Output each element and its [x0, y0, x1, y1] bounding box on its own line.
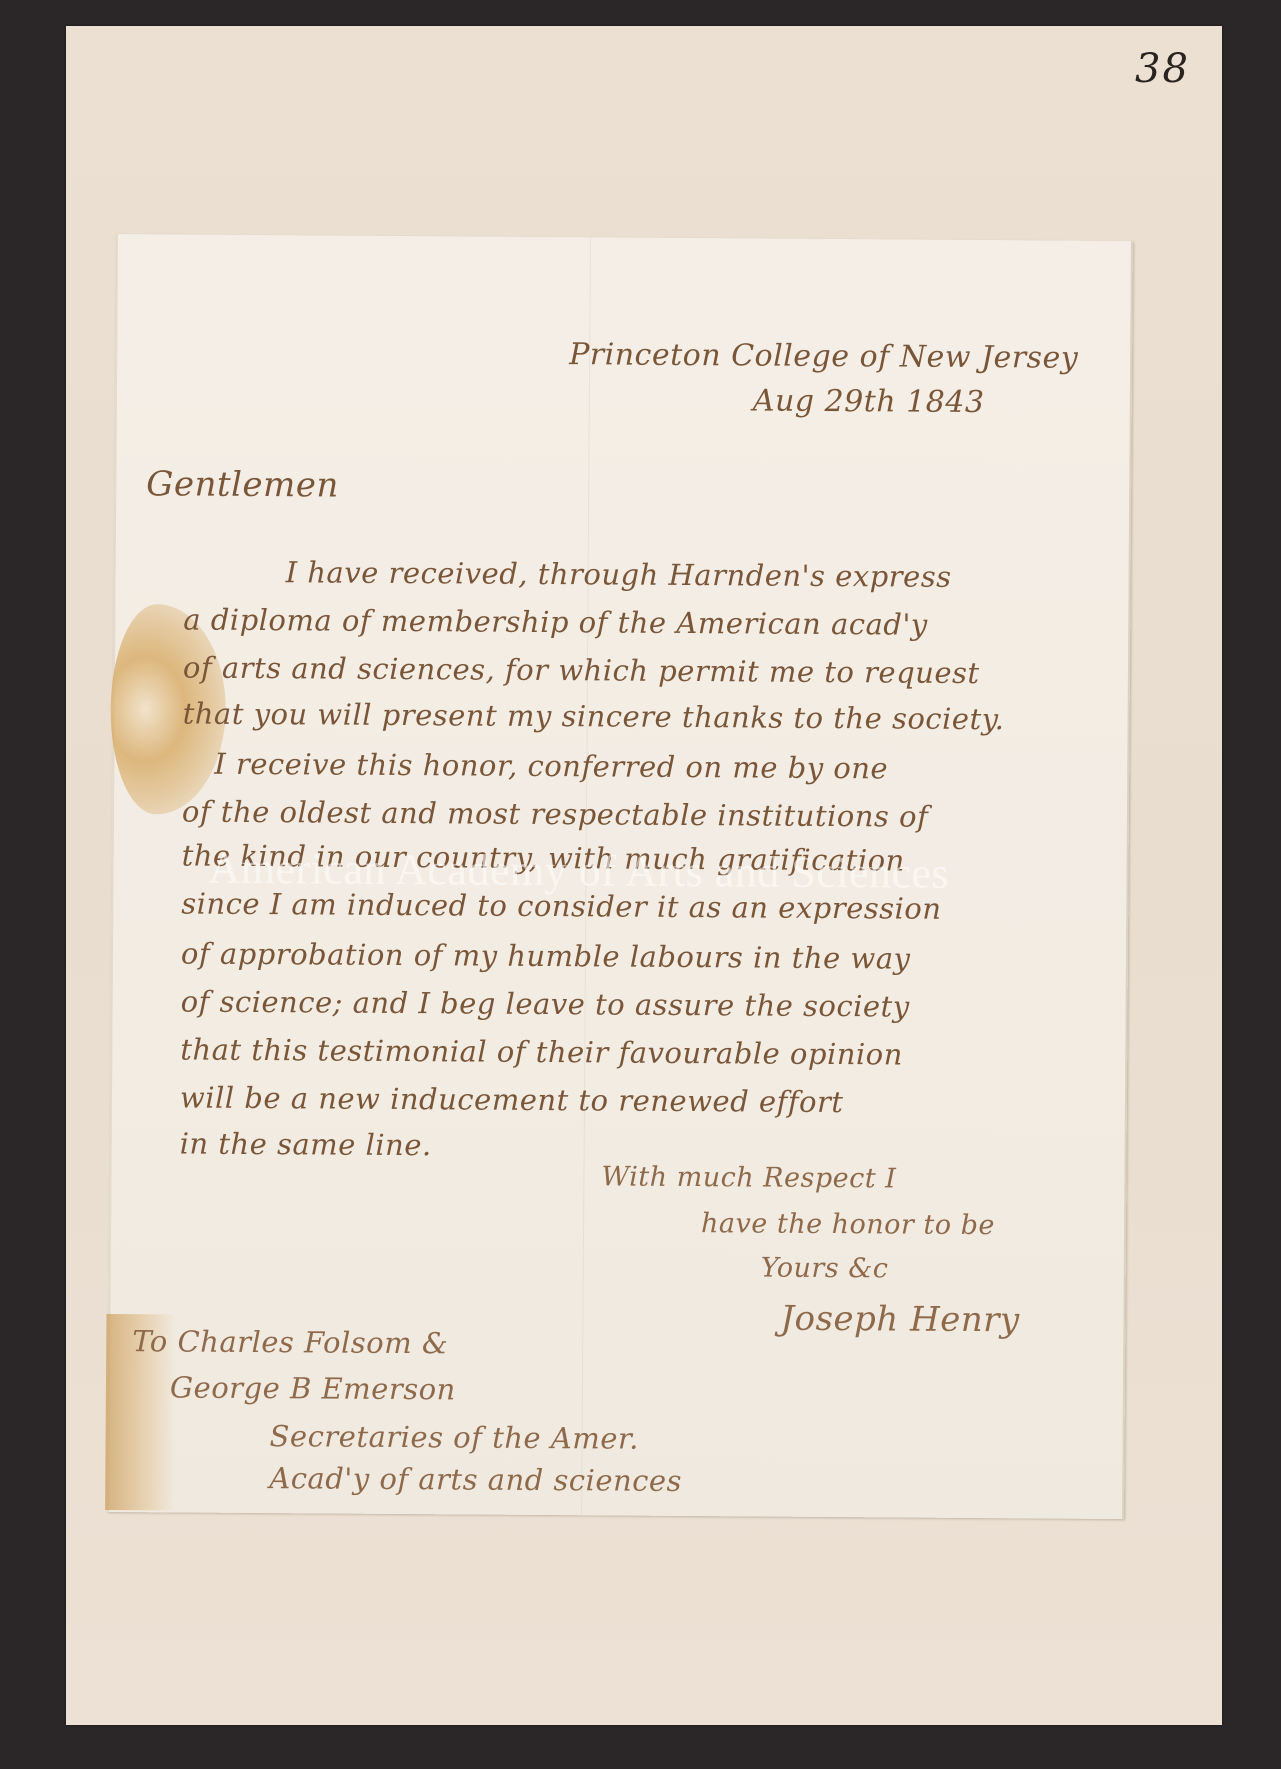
- body-line: of the oldest and most respectable insti…: [182, 794, 929, 833]
- closing-line: have the honor to be: [701, 1208, 995, 1241]
- body-line: that this testimonial of their favourabl…: [180, 1032, 903, 1071]
- signature: Joseph Henry: [780, 1299, 1020, 1341]
- archive-watermark: American Academy of Arts and Sciences: [208, 843, 949, 899]
- address-line: Secretaries of the Amer.: [269, 1419, 638, 1456]
- body-line: of science; and I beg leave to assure th…: [181, 984, 910, 1023]
- body-line: I have received, through Harnden's expre…: [286, 555, 952, 594]
- body-line: of arts and sciences, for which permit m…: [183, 650, 980, 690]
- letter-sheet: Princeton College of New Jersey Aug 29th…: [107, 234, 1133, 1519]
- address-line: To Charles Folsom &: [132, 1324, 448, 1360]
- closing-line: With much Respect I: [601, 1161, 896, 1194]
- backing-sheet: 38 Princeton College of New Jersey Aug 2…: [66, 26, 1222, 1725]
- address-line: Acad'y of arts and sciences: [269, 1461, 682, 1498]
- address-line: George B Emerson: [170, 1370, 456, 1406]
- body-line: that you will present my sincere thanks …: [183, 696, 1005, 736]
- body-line: a diploma of membership of the American …: [183, 602, 928, 641]
- letter-date: Aug 29th 1843: [753, 383, 985, 420]
- letter-place: Princeton College of New Jersey: [569, 337, 1078, 376]
- body-line: of approbation of my humble labours in t…: [181, 936, 911, 975]
- body-line: in the same line.: [180, 1126, 432, 1162]
- body-line: I receive this honor, conferred on me by…: [214, 747, 888, 786]
- body-line: will be a new inducement to renewed effo…: [180, 1080, 844, 1119]
- letter-salutation: Gentlemen: [146, 464, 339, 505]
- page-number: 38: [1135, 46, 1190, 92]
- closing-line: Yours &c: [761, 1253, 889, 1285]
